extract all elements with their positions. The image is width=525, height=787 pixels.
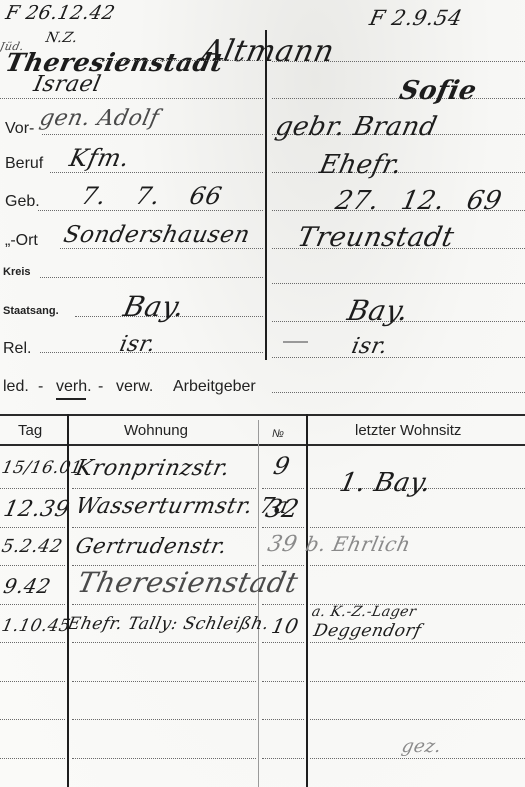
marital-sep-1: - bbox=[38, 378, 43, 396]
husband-beruf: Kfm. bbox=[67, 144, 132, 172]
table-row-rule bbox=[262, 681, 304, 682]
table-header-border bbox=[0, 444, 525, 446]
husband-vorname: gen. Adolf bbox=[37, 106, 161, 131]
marital-sep-2: - bbox=[98, 378, 103, 396]
table-row-rule bbox=[0, 758, 65, 759]
table-row-rule bbox=[262, 527, 304, 528]
row-5-letzter-wohnsitz-line2: Deggendorf bbox=[312, 621, 423, 641]
row-2-wohnung: Wasserturmstr. 7a bbox=[73, 494, 290, 519]
column-divider bbox=[265, 30, 267, 360]
registration-card: F 26.12.42 N.Z. Jüd. F 2.9.54 Theresiens… bbox=[0, 0, 525, 787]
israel-name: Israel bbox=[31, 72, 103, 97]
top-right-mark: F 2.9.54 bbox=[367, 6, 464, 30]
table-row-rule bbox=[310, 719, 525, 720]
row-4-wohnung: Theresienstadt bbox=[74, 566, 301, 599]
table-row-rule bbox=[262, 604, 304, 605]
marital-led: led. bbox=[3, 378, 29, 396]
label-beruf: Beruf bbox=[5, 155, 43, 173]
header-letzter-wohnsitz: letzter Wohnsitz bbox=[355, 422, 461, 439]
husband-ort: Sondershausen bbox=[61, 222, 252, 248]
label-ort: „-Ort bbox=[5, 232, 38, 250]
table-row-rule bbox=[72, 488, 256, 489]
row-5-tag: 1.10.45 bbox=[0, 616, 73, 636]
marital-verh: verh. bbox=[56, 378, 92, 396]
header-wohnung: Wohnung bbox=[124, 422, 188, 439]
label-staatsang: Staatsang. bbox=[3, 305, 59, 317]
table-row-rule bbox=[262, 642, 304, 643]
husband-staatsang: Bay. bbox=[120, 290, 187, 323]
footer-signature: gez. bbox=[400, 736, 444, 757]
table-row-rule bbox=[72, 527, 256, 528]
row-4-tag: 9.42 bbox=[1, 574, 53, 598]
header-nr: № bbox=[272, 428, 284, 440]
top-left-mark: F 26.12.42 bbox=[4, 2, 118, 24]
wife-rel: isr. bbox=[349, 334, 390, 359]
row-5-wohnung: Ehefr. Tally: Schleißh. bbox=[66, 614, 271, 634]
wife-beruf: Ehefr. bbox=[317, 150, 405, 180]
table-row-rule bbox=[0, 488, 65, 489]
table-row-rule bbox=[72, 642, 256, 643]
wife-vorname: Sofie bbox=[397, 76, 480, 106]
marital-verw: verw. bbox=[116, 378, 153, 396]
wife-ort: Treunstadt bbox=[295, 222, 457, 253]
label-geb: Geb. bbox=[5, 193, 40, 211]
table-row-rule bbox=[310, 681, 525, 682]
table-row-rule bbox=[310, 565, 525, 566]
marital-selected-underline bbox=[56, 398, 86, 400]
wife-geb: 27. 12. 69 bbox=[333, 186, 505, 216]
row-2-tag: 12.39 bbox=[1, 497, 72, 522]
table-row-rule bbox=[0, 642, 65, 643]
label-vor: Vor- bbox=[5, 120, 34, 138]
table-row-rule bbox=[72, 681, 256, 682]
husband-rel: isr. bbox=[117, 332, 158, 357]
table-top-border bbox=[0, 414, 525, 416]
row-3-tag: 5.2.42 bbox=[0, 536, 64, 557]
top-left-note: N.Z. bbox=[44, 30, 79, 46]
table-row-rule bbox=[72, 604, 256, 605]
table-col-divider-nr bbox=[306, 414, 308, 787]
row-3-wohnung: Gertrudenstr. bbox=[73, 534, 229, 558]
row-3-nr: 39 bbox=[265, 532, 299, 557]
table-row-rule bbox=[0, 604, 65, 605]
row-1-letzter-wohnsitz: 1. Bay. bbox=[337, 468, 434, 498]
dash-mark bbox=[283, 341, 308, 343]
table-row-rule bbox=[0, 527, 65, 528]
surname: Altmann bbox=[198, 34, 337, 69]
row-1-tag: 15/16.01 bbox=[0, 458, 84, 478]
table-row-rule bbox=[72, 758, 256, 759]
table-row-rule bbox=[262, 719, 304, 720]
table-row-rule bbox=[310, 758, 525, 759]
table-row-rule bbox=[0, 719, 65, 720]
husband-geb: 7. 7. 66 bbox=[79, 182, 225, 210]
wife-geb-name: gebr. Brand bbox=[273, 112, 440, 142]
table-row-rule bbox=[0, 681, 65, 682]
table-row-rule bbox=[0, 565, 65, 566]
table-col-divider-wohnung bbox=[258, 420, 259, 787]
row-5-nr: 10 bbox=[269, 614, 301, 638]
wife-staatsang: Bay. bbox=[344, 294, 411, 327]
table-row-rule bbox=[262, 488, 304, 489]
table-row-rule bbox=[262, 758, 304, 759]
table-row-rule bbox=[310, 527, 525, 528]
row-2-nr: 32 bbox=[263, 494, 302, 523]
row-5-letzter-wohnsitz-line1: a. K.-Z.-Lager bbox=[310, 604, 418, 620]
row-1-wohnung: Kronprinzstr. bbox=[73, 456, 232, 481]
label-rel: Rel. bbox=[3, 340, 31, 358]
table-row-rule bbox=[72, 719, 256, 720]
label-kreis: Kreis bbox=[3, 266, 31, 278]
header-tag: Tag bbox=[18, 422, 42, 439]
table-row-rule bbox=[310, 642, 525, 643]
row-1-nr: 9 bbox=[271, 452, 293, 480]
row-3-letzter-wohnsitz: b. Ehrlich bbox=[303, 532, 413, 556]
employer-label: Arbeitgeber bbox=[173, 378, 256, 396]
